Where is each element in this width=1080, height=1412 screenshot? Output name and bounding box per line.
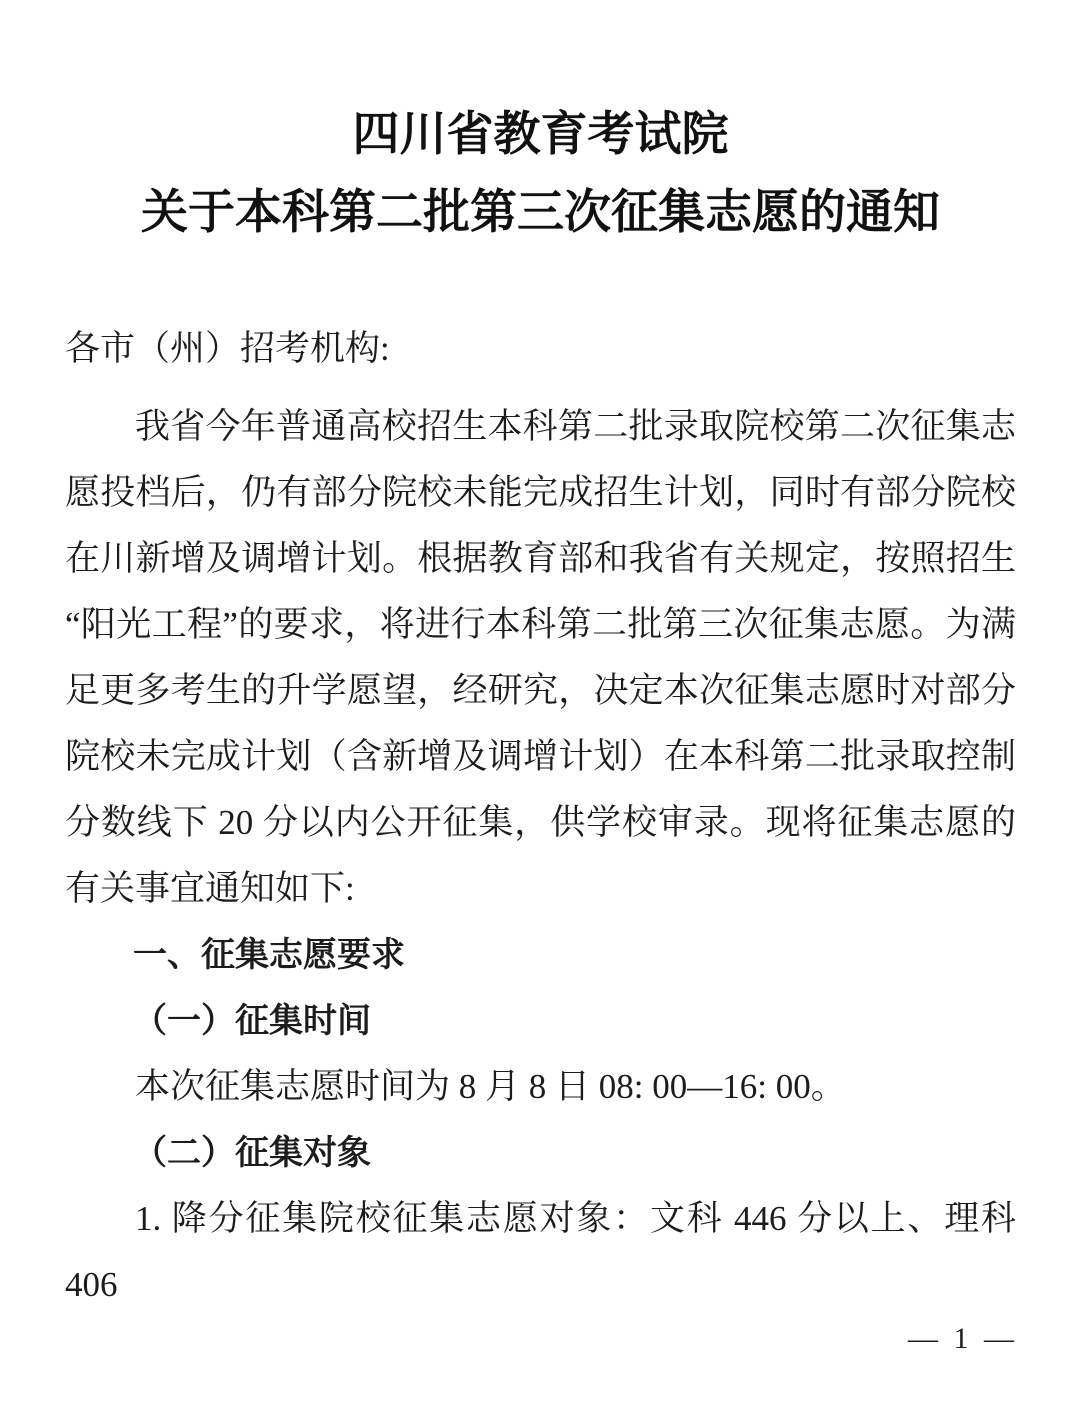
document-page: 四川省教育考试院 关于本科第二批第三次征集志愿的通知 各市（州）招考机构: 我省…	[0, 0, 1080, 1412]
page-number: — 1 —	[908, 1322, 1018, 1356]
paragraph: 我省今年普通高校招生本科第二批录取院校第二次征集志愿投档后，仍有部分院校未能完成…	[65, 394, 1016, 922]
paragraph: （一）征集时间	[65, 988, 1016, 1054]
paragraph: 1. 降分征集院校征集志愿对象：文科 446 分以上、理科 406	[65, 1186, 1016, 1318]
paragraph-list: 我省今年普通高校招生本科第二批录取院校第二次征集志愿投档后，仍有部分院校未能完成…	[65, 394, 1016, 1318]
paragraph: 本次征集志愿时间为 8 月 8 日 08: 00—16: 00。	[65, 1054, 1016, 1120]
salutation: 各市（州）招考机构:	[65, 316, 1016, 382]
doc-title-line2: 关于本科第二批第三次征集志愿的通知	[65, 174, 1016, 252]
paragraph: （二）征集对象	[65, 1120, 1016, 1186]
paragraph: 一、征集志愿要求	[65, 922, 1016, 988]
doc-title: 四川省教育考试院 关于本科第二批第三次征集志愿的通知	[65, 96, 1016, 252]
doc-title-line1: 四川省教育考试院	[65, 96, 1016, 174]
doc-body: 各市（州）招考机构: 我省今年普通高校招生本科第二批录取院校第二次征集志愿投档后…	[65, 316, 1016, 1318]
